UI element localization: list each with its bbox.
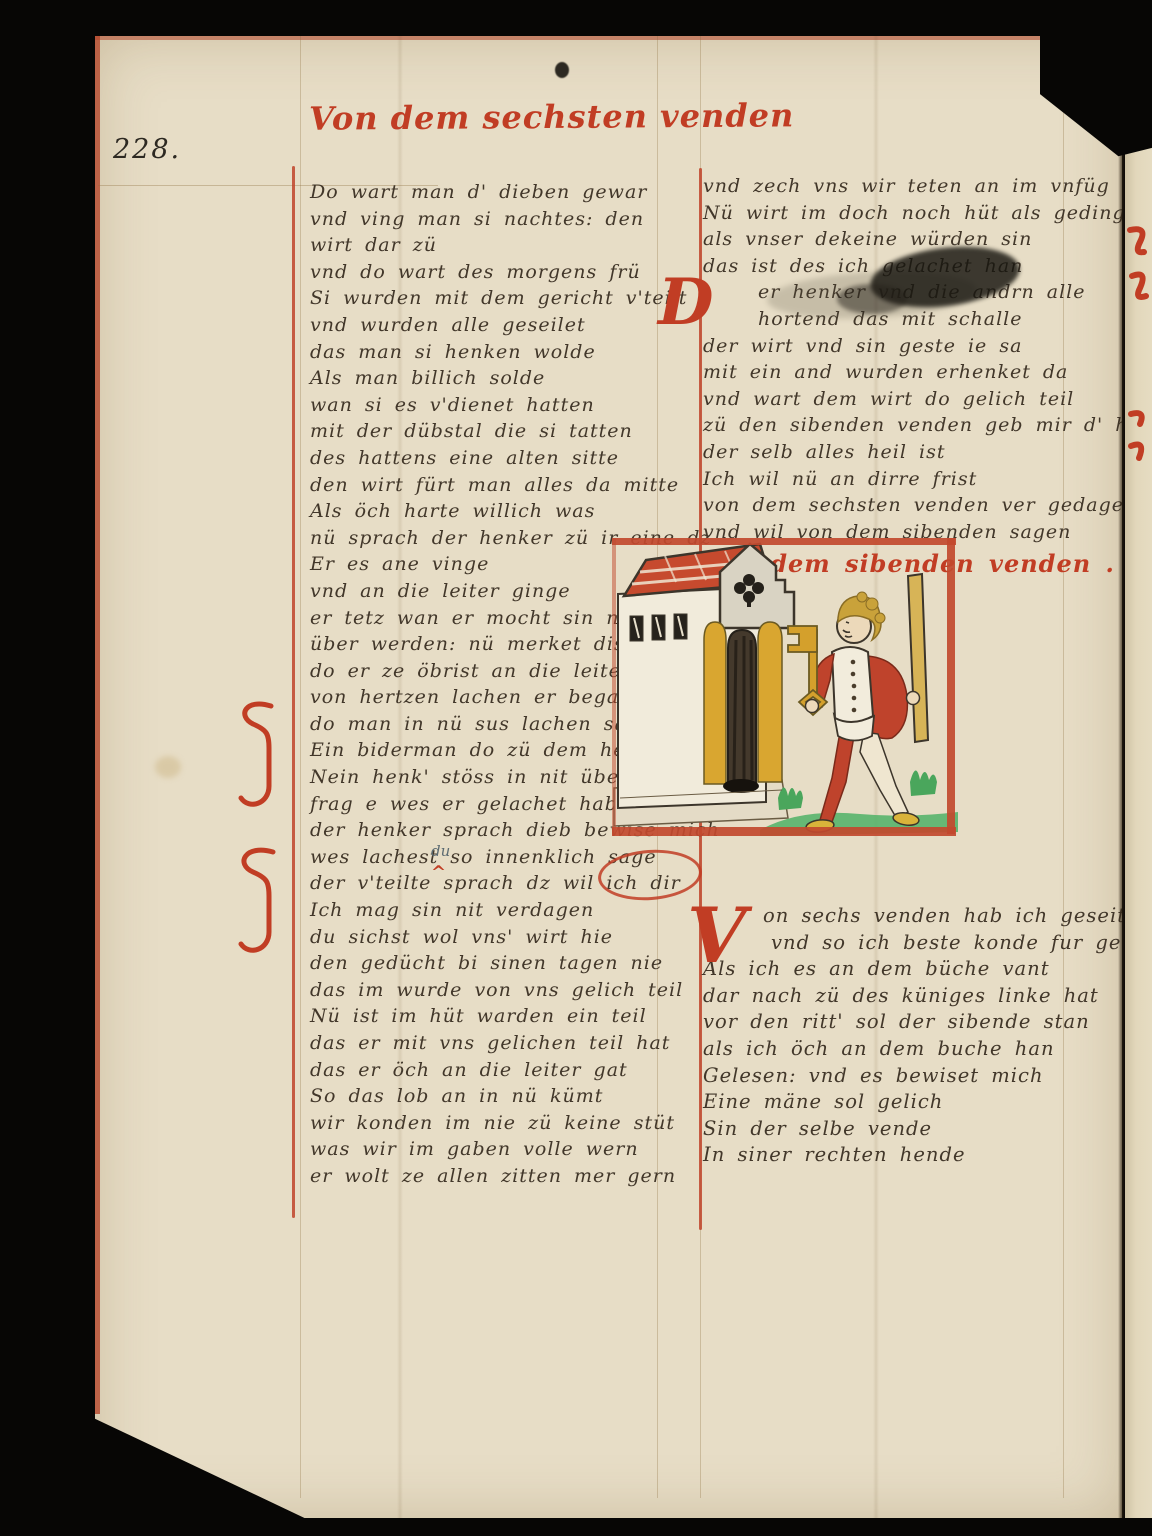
inserted-word: du (431, 842, 450, 860)
text-line: das er mit vns gelichen teil hat (310, 1030, 741, 1057)
red-column-line (292, 166, 295, 1218)
red-flourish-icon (1126, 224, 1150, 314)
text-line: mit ein and wurden erhenket da (703, 359, 1152, 386)
manuscript-photo: 228. Von dem sechsten venden Do wart man… (0, 0, 1152, 1536)
text-line: In siner rechten hende (703, 1141, 1152, 1168)
chapter-heading-sixth-pawn: Von dem sechsten venden (309, 96, 795, 137)
right-column-bottom: V on sechs venden hab ich geseit vnd so … (703, 902, 1152, 1168)
text-line: Als man billich solde (310, 365, 741, 392)
page-fore-edge (1118, 130, 1125, 1518)
text-line: vor den ritt' sol der sibende stan (703, 1008, 1152, 1035)
stain (155, 756, 181, 778)
text-line: vnd wart dem wirt do gelich teil (703, 386, 1152, 413)
text-line: des hattens eine alten sitte (310, 445, 741, 472)
text-line: der selb alles heil ist (703, 439, 1152, 466)
pawn-figure (788, 574, 928, 833)
text-line: vnd zech vns wir teten an im vnfüg (703, 173, 1152, 200)
text-line: Ich mag sin nit verdagen (310, 897, 741, 924)
bare-leg (860, 732, 908, 819)
text-line: das im wurde von vns gelich teil (310, 977, 741, 1004)
text-line: Gelesen: vnd es bewiset mich (703, 1062, 1152, 1089)
text-line: on sechs venden hab ich geseit (703, 902, 1152, 929)
text-line: das man si henken wolde (310, 339, 741, 366)
red-initial-d: D (658, 271, 715, 335)
hand (907, 692, 920, 705)
text-line: er wolt ze allen zitten mer gern (310, 1163, 741, 1190)
text-line: zü den sibenden venden geb mir d' heil (703, 412, 1152, 439)
text-line: Ich wil nü an dirre frist (703, 466, 1152, 493)
text-line: der wirt vnd sin geste ie sa (703, 333, 1152, 360)
building (618, 544, 794, 808)
text-line: Do wart man d' dieben gewar (310, 179, 741, 206)
text-line: den gedücht bi sinen tagen nie (310, 950, 741, 977)
text-line: Nü wirt im doch noch hüt als geding (703, 200, 1152, 227)
red-hose-leg (820, 732, 854, 822)
folio-number: 228. (113, 134, 181, 165)
text-line: wirt dar zü (310, 232, 741, 259)
staff (908, 574, 928, 742)
text-line: das er öch an die leiter gat (310, 1057, 741, 1084)
text-line: als ich öch an dem buche han (703, 1035, 1152, 1062)
miniature-illustration (610, 530, 962, 848)
grass-tuft-icon (910, 770, 937, 796)
red-painted-edge-left (95, 36, 100, 1414)
text-line: So das lob an in nü kümt (310, 1083, 741, 1110)
text-line: was wir im gaben volle wern (310, 1136, 741, 1163)
ruling-line (300, 36, 301, 1498)
text-line: Als ich es an dem büche vant (703, 955, 1152, 982)
text-line: wir konden im nie zü keine stüt (310, 1110, 741, 1137)
right-text-column: vnd zech vns wir teten an im vnfügNü wir… (703, 173, 1152, 578)
text-line: dar nach zü des küniges linke hat (703, 982, 1152, 1009)
red-painted-edge-top (95, 36, 1122, 40)
gold-jamb (704, 622, 726, 784)
next-page-sliver (1125, 128, 1152, 1518)
text-line: mit der dübstal die si tatten (310, 418, 741, 445)
text-line: den wirt fürt man alles da mitte (310, 472, 741, 499)
paragraph-mark-icon (233, 842, 281, 960)
ink-spot (555, 62, 569, 78)
paragraph-mark-icon (233, 698, 281, 816)
text-line: Nü ist im hüt warden ein teil (310, 1003, 741, 1030)
text-line: als vnser dekeine würden sin (703, 226, 1152, 253)
insertion-caret-icon: ^ (431, 862, 446, 883)
text-line: wan si es v'dienet hatten (310, 392, 741, 419)
gold-jamb (758, 622, 782, 782)
windows (630, 614, 687, 641)
text-line: Sin der selbe vende (703, 1115, 1152, 1142)
red-initial-v: V (687, 898, 747, 974)
door-threshold (723, 779, 759, 793)
text-line: vnd ving man si nachtes: den (310, 206, 741, 233)
text-line: vnd so ich beste konde fur geleit (703, 929, 1152, 956)
hand (806, 700, 819, 713)
grass-tuft-icon (778, 787, 803, 810)
ink-blot (837, 284, 907, 314)
text-line: von dem sechsten venden ver gedagen (703, 492, 1152, 519)
text-line: Als öch harte willich was (310, 498, 741, 525)
text-line: Eine mäne sol gelich (703, 1088, 1152, 1115)
red-flourish-icon (1126, 406, 1150, 476)
text-line: du sichst wol vns' wirt hie (310, 924, 741, 951)
manuscript-page: 228. Von dem sechsten venden Do wart man… (95, 36, 1122, 1518)
right-column-mid: der wirt vnd sin geste ie samit ein and … (703, 333, 1152, 546)
